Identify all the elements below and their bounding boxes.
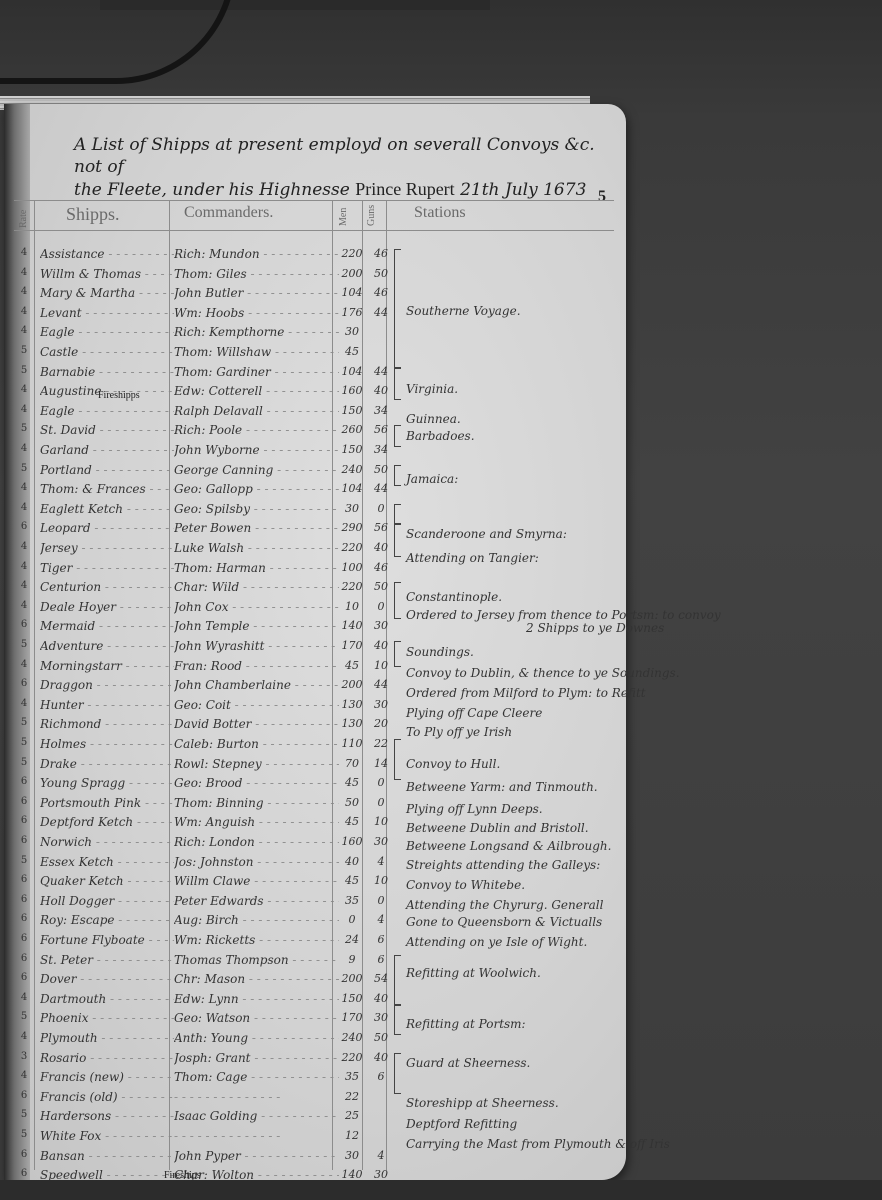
station-note: Betweene Yarm: and Tinmouth. [406,780,598,794]
commander-name: John Wyrashitt [174,639,339,653]
table-row: 4LevantWm: Hoobs17644 [14,304,618,324]
commander-name: Rich: Poole [174,423,339,437]
commander-name [174,1129,339,1143]
men-count: 104 [336,482,368,495]
station-note: Attending the Chyrurg. Generall [406,898,603,912]
men-count: 40 [336,855,368,868]
station-note: Ordered to Jersey from thence to Portsm:… [406,608,721,622]
ship-name: Jersey [40,541,174,555]
ship-name: Dartmouth [40,992,174,1006]
rate-cell: 4 [18,541,30,552]
station-note: Soundings. [406,645,474,659]
table-row: 4Mary & MarthaJohn Butler10446 [14,284,618,304]
men-count: 45 [336,874,368,887]
table-row: 4PlymouthAnth: Young24050 [14,1029,618,1049]
guns-count: 44 [370,678,392,691]
men-count: 200 [336,972,368,985]
commander-name: Willm Clawe [174,874,339,888]
group-bracket [394,504,401,526]
group-bracket [394,249,401,369]
ship-name: Eagle [40,325,174,339]
ship-name: Thom: & Frances [40,482,174,496]
ship-name: Norwich [40,835,174,849]
rate-cell: 5 [18,463,30,474]
men-count: 200 [336,267,368,280]
guns-count: 40 [370,639,392,652]
header-top-rule [14,200,614,201]
rate-cell: 4 [18,502,30,513]
guns-count: 30 [370,1011,392,1024]
station-note: Ordered from Milford to Plym: to Refitt [406,686,646,700]
rate-cell: 4 [18,443,30,454]
rate-cell: 6 [18,815,30,826]
commander-name: Caleb: Burton [174,737,339,751]
table-row: 4AssistanceRich: Mundon22046 [14,245,618,265]
table-row: 4Eaglett KetchGeo: Spilsby300 [14,500,618,520]
commander-name: Thom: Gardiner [174,365,339,379]
ship-name: Leopard [40,521,174,535]
rate-cell: 4 [18,1070,30,1081]
table-row: 4Francis (new)Thom: Cage356 [14,1068,618,1088]
commander-name: Wm: Anguish [174,815,339,829]
men-count: 130 [336,717,368,730]
station-note: Betweene Dublin and Bristoll. [406,821,589,835]
guns-count: 40 [370,1051,392,1064]
men-count: 30 [336,1149,368,1162]
ship-name: Roy: Escape [40,913,174,927]
men-count: 220 [336,541,368,554]
table-row: 5HolmesCaleb: Burton11022 [14,735,618,755]
rate-cell: 4 [18,384,30,395]
guns-count: 30 [370,835,392,848]
men-count: 150 [336,992,368,1005]
commander-name: Aug: Birch [174,913,339,927]
men-count: 25 [336,1109,368,1122]
guns-count: 46 [370,561,392,574]
page-title: A List of Shipps at present employd on s… [44,134,624,201]
group-bracket [394,367,401,400]
table-row: 4CenturionChar: Wild22050 [14,578,618,598]
rate-cell: 4 [18,306,30,317]
guns-count: 20 [370,717,392,730]
men-count: 104 [336,365,368,378]
group-bracket [394,955,401,1006]
commander-name: Luke Walsh [174,541,339,555]
guns-count: 4 [370,855,392,868]
group-bracket [394,1004,401,1035]
men-count: 12 [336,1129,368,1142]
men-count: 45 [336,815,368,828]
station-note: Attending on Tangier: [406,551,539,565]
men-count: 45 [336,345,368,358]
station-note: Streights attending the Galleys: [406,858,600,872]
rate-cell: 4 [18,286,30,297]
men-count: 10 [336,600,368,613]
guns-count: 4 [370,1149,392,1162]
station-note: 2 Shipps to ye Downes [526,621,664,635]
rate-cell: 3 [18,1051,30,1062]
guns-count: 0 [370,600,392,613]
commander-name: John Wyborne [174,443,339,457]
group-bracket [394,582,401,619]
men-count: 140 [336,619,368,632]
commander-name: Geo: Gallopp [174,482,339,496]
commander-name: Isaac Golding [174,1109,339,1123]
men-count: 160 [336,835,368,848]
commander-name: George Canning [174,463,339,477]
rate-cell: 6 [18,678,30,689]
men-count: 30 [336,325,368,338]
rate-cell: 4 [18,600,30,611]
header-ships: Shipps. [66,204,120,225]
guns-count: 44 [370,482,392,495]
commander-name: Ralph Delavall [174,404,339,418]
commander-name: Peter Edwards [174,894,339,908]
group-bracket [394,641,401,667]
men-count: 0 [336,913,368,926]
commander-name: Josph: Grant [174,1051,339,1065]
station-note: Guinnea. [406,412,461,426]
background-bottom [0,1180,882,1200]
rate-cell: 5 [18,345,30,356]
header-stations: Stations [414,204,466,222]
rate-cell: 5 [18,639,30,650]
table-row: 5BarnabieThom: Gardiner10444 [14,363,618,383]
guns-count: 40 [370,384,392,397]
men-count: 220 [336,1051,368,1064]
guns-count: 50 [370,463,392,476]
group-bracket [394,1053,401,1094]
commander-name: Peter Bowen [174,521,339,535]
table-row: 4Willm & ThomasThom: Giles20050 [14,265,618,285]
men-count: 160 [336,384,368,397]
rate-cell: 5 [18,1011,30,1022]
guns-count: 40 [370,992,392,1005]
station-note: Refitting at Portsm: [406,1017,526,1031]
ship-name: Levant [40,306,174,320]
guns-count: 6 [370,1070,392,1083]
commander-name: Fran: Rood [174,659,339,673]
station-note: Gone to Queensborn & Victualls [406,915,602,929]
table-row: 4Thom: & FrancesGeo: Gallopp10444 [14,480,618,500]
station-note: Scanderoone and Smyrna: [406,527,567,541]
commander-name: Thom: Giles [174,267,339,281]
rate-cell: 6 [18,894,30,905]
commander-name: Jos: Johnston [174,855,339,869]
ship-name: White Fox [40,1129,174,1143]
men-count: 70 [336,757,368,770]
table-row: 5DrakeRowl: Stepney7014 [14,755,618,775]
men-count: 35 [336,894,368,907]
ship-name: Draggon [40,678,174,692]
station-note: Convoy to Dublin, & thence to ye Soundin… [406,666,680,680]
men-count: 200 [336,678,368,691]
ship-name: Holl Dogger [40,894,174,908]
commander-name: Rich: Kempthorne [174,325,339,339]
commander-name: Geo: Brood [174,776,339,790]
rate-cell: 4 [18,580,30,591]
ship-name: Bansan [40,1149,174,1163]
guns-count: 4 [370,913,392,926]
men-count: 35 [336,1070,368,1083]
ship-name: Essex Ketch [40,855,174,869]
guns-count: 0 [370,502,392,515]
ship-name: Garland [40,443,174,457]
table-row: 4EagleRalph Delavall15034 [14,402,618,422]
commander-name: Geo: Spilsby [174,502,339,516]
guns-count: 0 [370,894,392,907]
men-count: 50 [336,796,368,809]
ship-name: Barnabie [40,365,174,379]
station-note: Barbadoes. [406,429,475,443]
rate-cell: 6 [18,1090,30,1101]
table-row: 5St. DavidRich: Poole26056 [14,421,618,441]
ship-name: Adventure [40,639,174,653]
ship-name: Deale Hoyer [40,600,174,614]
station-note: Constantinople. [406,590,502,604]
table-row: 5HardersonsIsaac Golding25 [14,1107,618,1127]
header-rate: Rate [18,210,29,228]
group-bracket [394,739,401,780]
ship-name: Eagle [40,404,174,418]
commander-name: John Temple [174,619,339,633]
men-count: 104 [336,286,368,299]
men-count: 240 [336,463,368,476]
guns-count: 50 [370,1031,392,1044]
guns-count: 14 [370,757,392,770]
rate-cell: 6 [18,835,30,846]
group-bracket [394,523,401,556]
commander-name: Wm: Hoobs [174,306,339,320]
ship-name: Francis (new) [40,1070,174,1084]
station-note: Jamaica: [406,472,458,486]
header-men: Men [338,208,349,226]
guns-count: 0 [370,776,392,789]
guns-count: 30 [370,698,392,711]
fireships-note: Fireshipps [98,390,140,401]
guns-count: 34 [370,443,392,456]
men-count: 150 [336,404,368,417]
guns-count: 54 [370,972,392,985]
ship-name: Portland [40,463,174,477]
table-row: 5PhoenixGeo: Watson17030 [14,1009,618,1029]
station-note: Betweene Longsand & Ailbrough. [406,839,611,853]
guns-count: 6 [370,933,392,946]
table-row: 5PortlandGeorge Canning24050 [14,461,618,481]
rate-cell: 6 [18,972,30,983]
ship-name: Young Spragg [40,776,174,790]
commander-name: Edw: Cotterell [174,384,339,398]
commander-name: John Chamberlaine [174,678,339,692]
table-row: 4EagleRich: Kempthorne30 [14,323,618,343]
commander-name: Geo: Watson [174,1011,339,1025]
commander-name: Thom: Willshaw [174,345,339,359]
ship-name: Eaglett Ketch [40,502,174,516]
men-count: 290 [336,521,368,534]
commander-name: Thom: Binning [174,796,339,810]
rate-cell: 6 [18,776,30,787]
rate-cell: 6 [18,1168,30,1179]
rate-cell: 6 [18,1149,30,1160]
men-count: 170 [336,1011,368,1024]
commander-name: Rich: London [174,835,339,849]
ship-name: Plymouth [40,1031,174,1045]
men-count: 45 [336,776,368,789]
ship-name: Hunter [40,698,174,712]
guns-count: 34 [370,404,392,417]
commander-name: Anth: Young [174,1031,339,1045]
station-note: Deptford Refitting [406,1117,517,1131]
table-row: 4DartmouthEdw: Lynn15040 [14,990,618,1010]
guns-count: 50 [370,580,392,593]
rate-cell: 4 [18,1031,30,1042]
rate-cell: 5 [18,855,30,866]
rate-cell: 4 [18,992,30,1003]
ship-name: Dover [40,972,174,986]
guns-count: 10 [370,815,392,828]
station-note: Southerne Voyage. [406,304,521,318]
ship-name: Phoenix [40,1011,174,1025]
commander-name [174,1090,339,1104]
ship-name: Rosario [40,1051,174,1065]
guns-count: 0 [370,796,392,809]
rate-cell: 5 [18,737,30,748]
rate-cell: 6 [18,796,30,807]
rate-cell: 5 [18,757,30,768]
ship-name: Drake [40,757,174,771]
men-count: 150 [336,443,368,456]
men-count: 130 [336,698,368,711]
rate-cell: 6 [18,953,30,964]
commander-name: John Pyper [174,1149,339,1163]
ship-name: Quaker Ketch [40,874,174,888]
title-prince-rupert: Prince Rupert [355,179,454,199]
station-note: Convoy to Whitebe. [406,878,525,892]
ship-name: Mermaid [40,619,174,633]
men-count: 110 [336,737,368,750]
background-cable [0,0,236,84]
rate-cell: 4 [18,659,30,670]
station-note: Refitting at Woolwich. [406,966,541,980]
men-count: 45 [336,659,368,672]
commander-name: David Botter [174,717,339,731]
ship-name: Morningstarr [40,659,174,673]
station-note: Attending on ye Isle of Wight. [406,935,587,949]
guns-count: 6 [370,953,392,966]
guns-count: 10 [370,874,392,887]
men-count: 30 [336,502,368,515]
header-guns: Guns [366,205,377,226]
group-bracket [394,425,401,447]
rate-cell: 6 [18,913,30,924]
ship-name: St. Peter [40,953,174,967]
guns-count: 10 [370,659,392,672]
guns-count: 56 [370,423,392,436]
ship-name: Fortune Flyboate [40,933,174,947]
station-note: To Ply off ye Irish [406,725,512,739]
men-count: 9 [336,953,368,966]
ship-name: Francis (old) [40,1090,174,1104]
rate-cell: 6 [18,874,30,885]
rate-cell: 4 [18,404,30,415]
rate-cell: 5 [18,423,30,434]
guns-count: 44 [370,365,392,378]
table-row: 4GarlandJohn Wyborne15034 [14,441,618,461]
men-count: 22 [336,1090,368,1103]
rate-cell: 4 [18,325,30,336]
men-count: 24 [336,933,368,946]
guns-count: 56 [370,521,392,534]
header-commanders: Commanders. [184,204,273,222]
station-note: Storeshipp at Sheerness. [406,1096,559,1110]
guns-count: 44 [370,306,392,319]
rate-cell: 4 [18,267,30,278]
commander-name: Edw: Lynn [174,992,339,1006]
men-count: 100 [336,561,368,574]
ship-name: Castle [40,345,174,359]
guns-count: 46 [370,286,392,299]
rate-cell: 5 [18,717,30,728]
rate-cell: 6 [18,619,30,630]
rate-cell: 6 [18,933,30,944]
title-line-1: A List of Shipps at present employd on s… [74,135,595,177]
commander-name: Rich: Mundon [174,247,339,261]
group-bracket [394,465,401,487]
ledger-page: A List of Shipps at present employd on s… [4,104,626,1180]
table-row: 6Quaker KetchWillm Clawe4510 [14,872,618,892]
ship-name: Deptford Ketch [40,815,174,829]
rate-cell: 4 [18,247,30,258]
commander-name: Geo: Coit [174,698,339,712]
title-date: 21th July 1673 [460,180,586,200]
men-count: 260 [336,423,368,436]
commander-name: John Cox [174,600,339,614]
men-count: 220 [336,247,368,260]
rate-cell: 5 [18,1129,30,1140]
ship-name: Holmes [40,737,174,751]
commander-name: Wm: Ricketts [174,933,339,947]
rate-cell: 5 [18,365,30,376]
station-note: Plying off Cape Cleere [406,706,542,720]
rate-cell: 4 [18,482,30,493]
guns-count: 50 [370,267,392,280]
station-note: Virginia. [406,382,458,396]
guns-count: 46 [370,247,392,260]
guns-count: 22 [370,737,392,750]
guns-count: 30 [370,619,392,632]
station-note: Guard at Sheerness. [406,1056,530,1070]
commander-name: John Butler [174,286,339,300]
rate-cell: 4 [18,561,30,572]
ship-name: Richmond [40,717,174,731]
station-note: Convoy to Hull. [406,757,500,771]
ship-name: Portsmouth Pink [40,796,174,810]
ship-name: Assistance [40,247,174,261]
commander-name: Chr: Mason [174,972,339,986]
rate-cell: 4 [18,698,30,709]
station-note: Plying off Lynn Deeps. [406,802,543,816]
men-count: 240 [336,1031,368,1044]
ship-name: Willm & Thomas [40,267,174,281]
commander-name: Rowl: Stepney [174,757,339,771]
ship-name: Mary & Martha [40,286,174,300]
commander-name: Char: Wild [174,580,339,594]
ship-name: Tiger [40,561,174,575]
table-row: 5AdventureJohn Wyrashitt17040 [14,637,618,657]
table-row: 5CastleThom: Willshaw45 [14,343,618,363]
rate-cell: 5 [18,1109,30,1120]
commander-name: Thomas Thompson [174,953,339,967]
